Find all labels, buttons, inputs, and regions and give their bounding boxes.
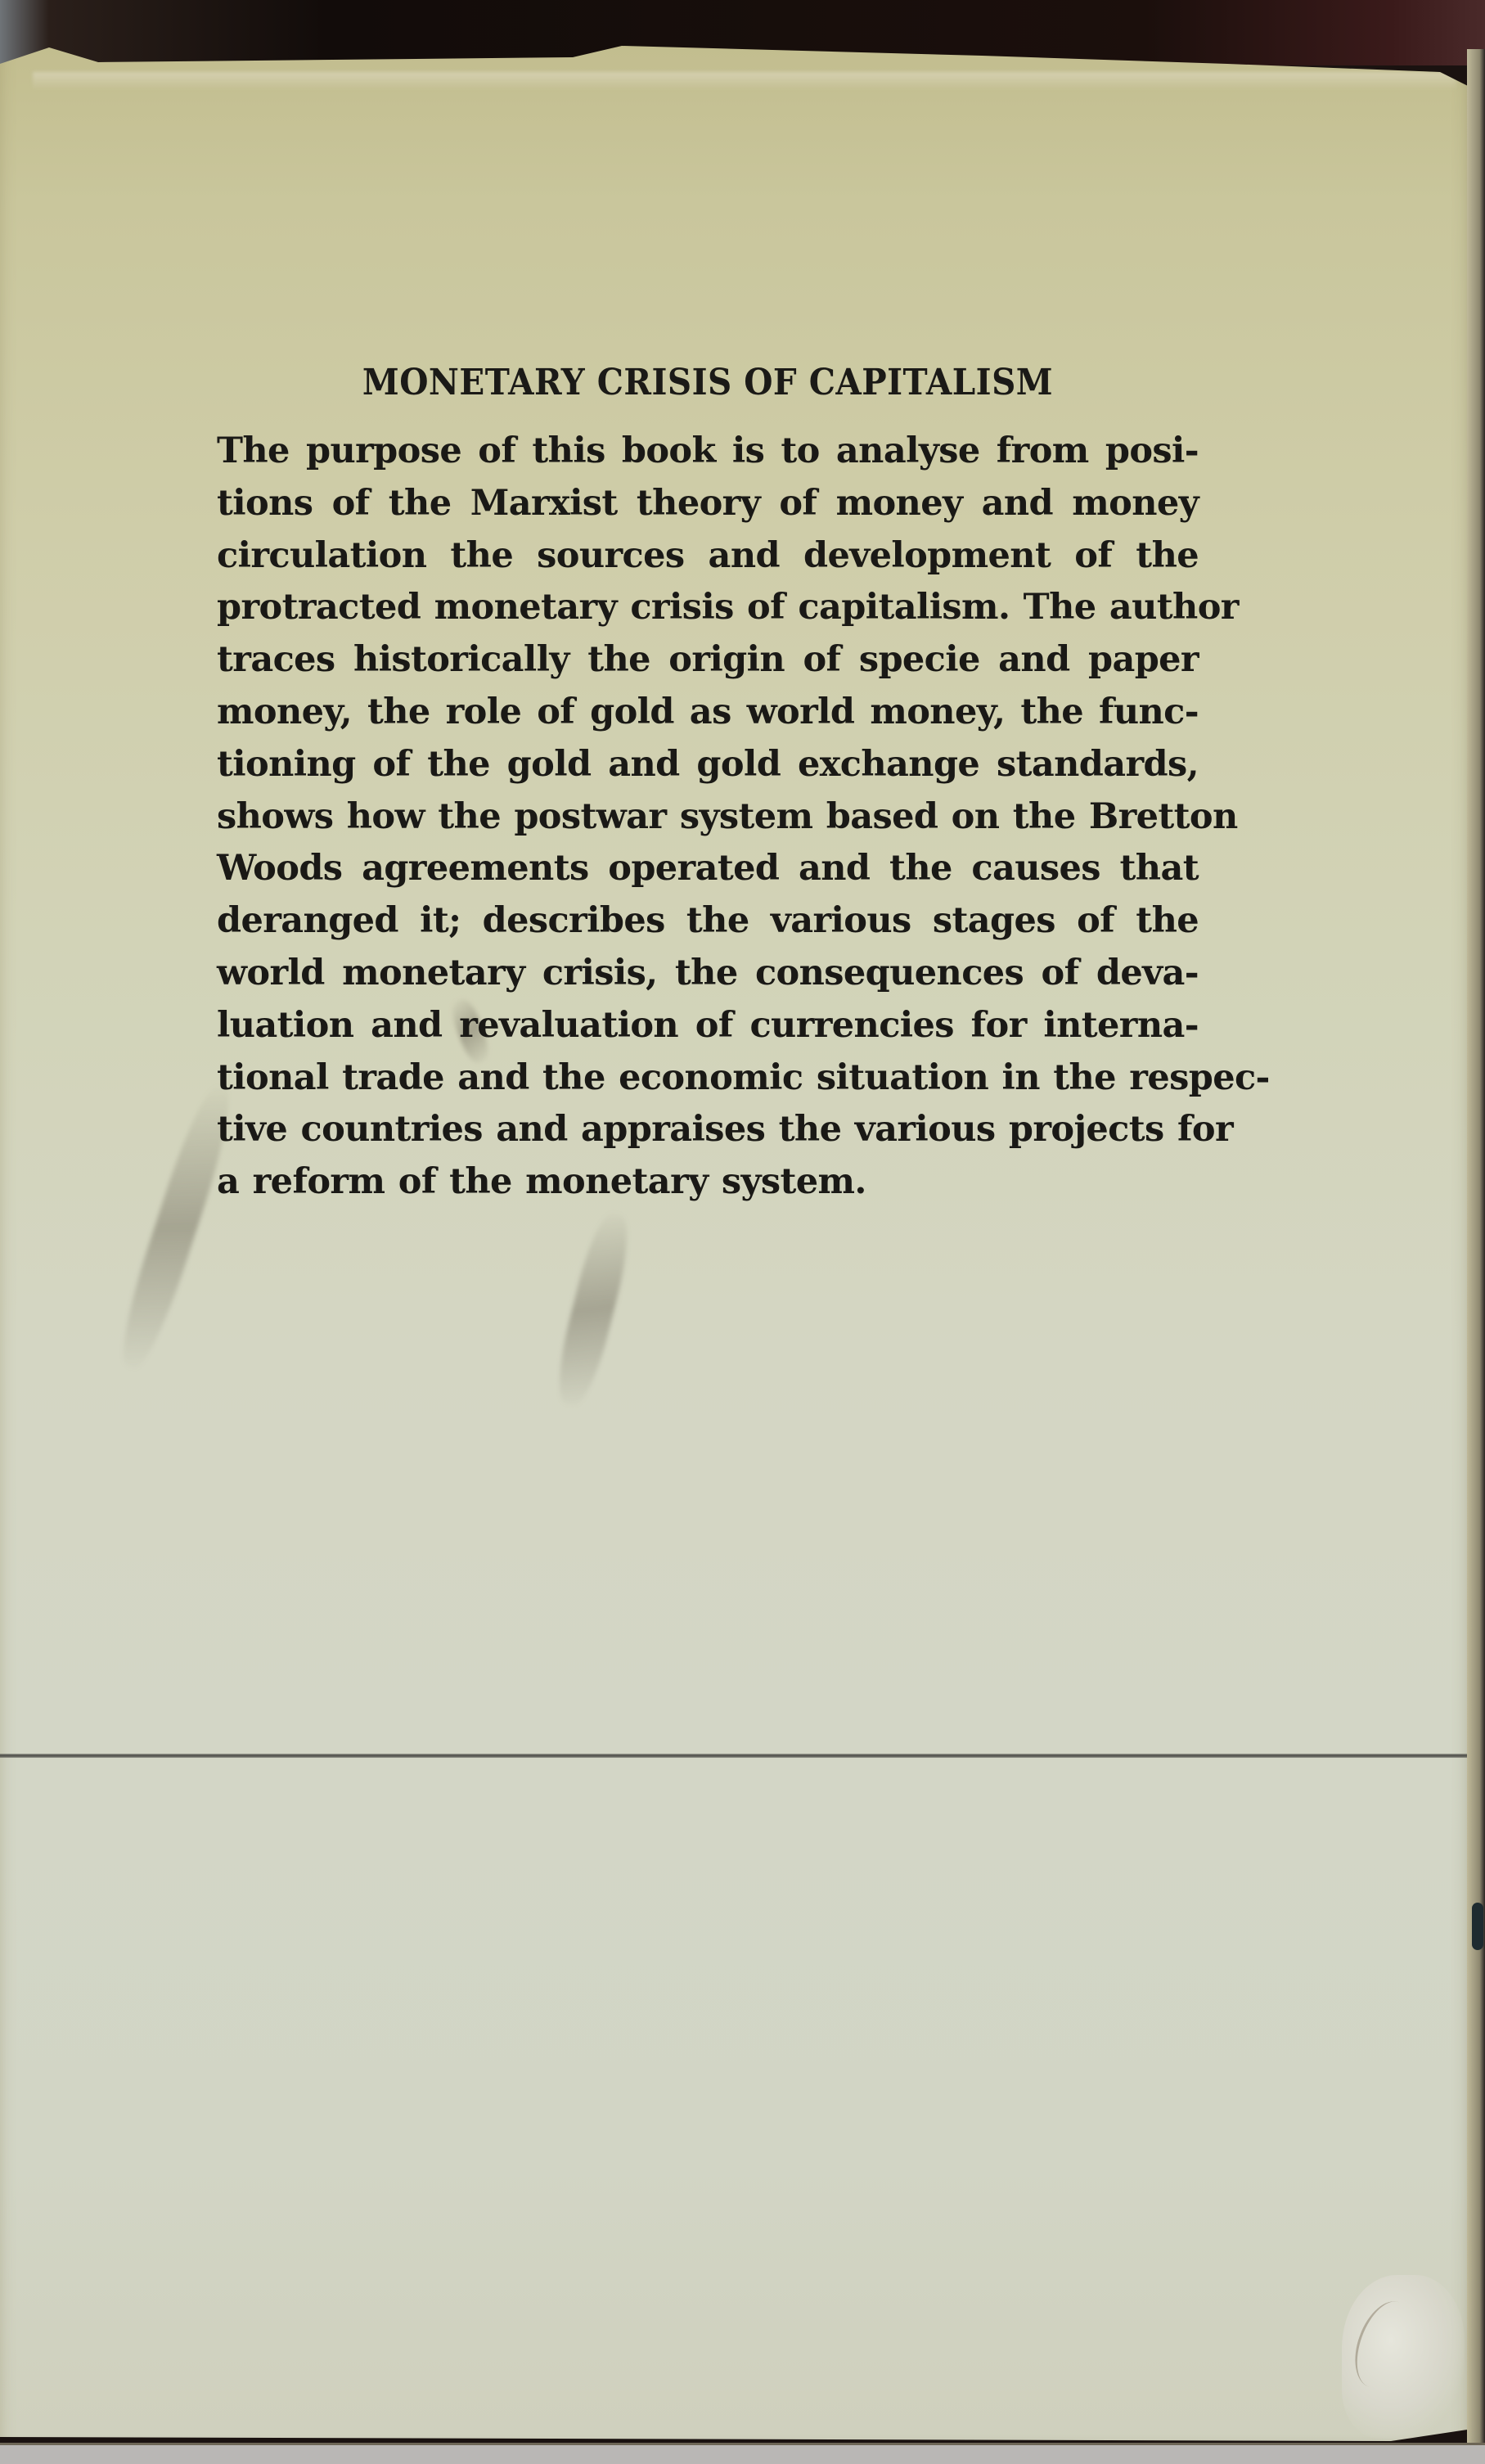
- description-line: money, the role of gold as world money, …: [217, 687, 1199, 739]
- description-line: tioning of the gold and gold exchange st…: [217, 739, 1199, 791]
- book-title: MONETARY CRISIS OF CAPITALISM: [256, 354, 1159, 412]
- description-line: tional trade and the economic situation …: [217, 1052, 1199, 1105]
- description-line: deranged it; describes the various stage…: [217, 895, 1199, 948]
- jacket-worn-top-edge: [33, 72, 1456, 90]
- description-line: Woods agreements operated and the causes…: [217, 843, 1199, 895]
- description-line: protracted monetary crisis of capitalism…: [217, 582, 1199, 634]
- table-surface-bottom: [0, 2443, 1485, 2464]
- torn-corner: [1342, 2275, 1465, 2439]
- description-line: tive countries and appraises the various…: [217, 1104, 1199, 1156]
- description-line: circulation the sources and development …: [217, 530, 1199, 583]
- jacket-text-block: MONETARY CRISIS OF CAPITALISM The purpos…: [217, 354, 1199, 1209]
- description-line: The purpose of this book is to analyse f…: [217, 426, 1199, 478]
- jacket-fold-line: [0, 1754, 1473, 1758]
- description-line: a reform of the monetary system.: [217, 1156, 1199, 1209]
- book-description: The purpose of this book is to analyse f…: [217, 426, 1199, 1209]
- description-line: luation and revaluation of currencies fo…: [217, 1000, 1199, 1052]
- description-line: traces historically the origin of specie…: [217, 634, 1199, 687]
- description-line: shows how the postwar system based on th…: [217, 791, 1199, 844]
- description-line: tions of the Marxist theory of money and…: [217, 478, 1199, 530]
- jacket-right-edge: [1467, 49, 1485, 2447]
- edge-dark-mark: [1472, 1903, 1483, 1950]
- description-line: world monetary crisis, the consequences …: [217, 948, 1199, 1000]
